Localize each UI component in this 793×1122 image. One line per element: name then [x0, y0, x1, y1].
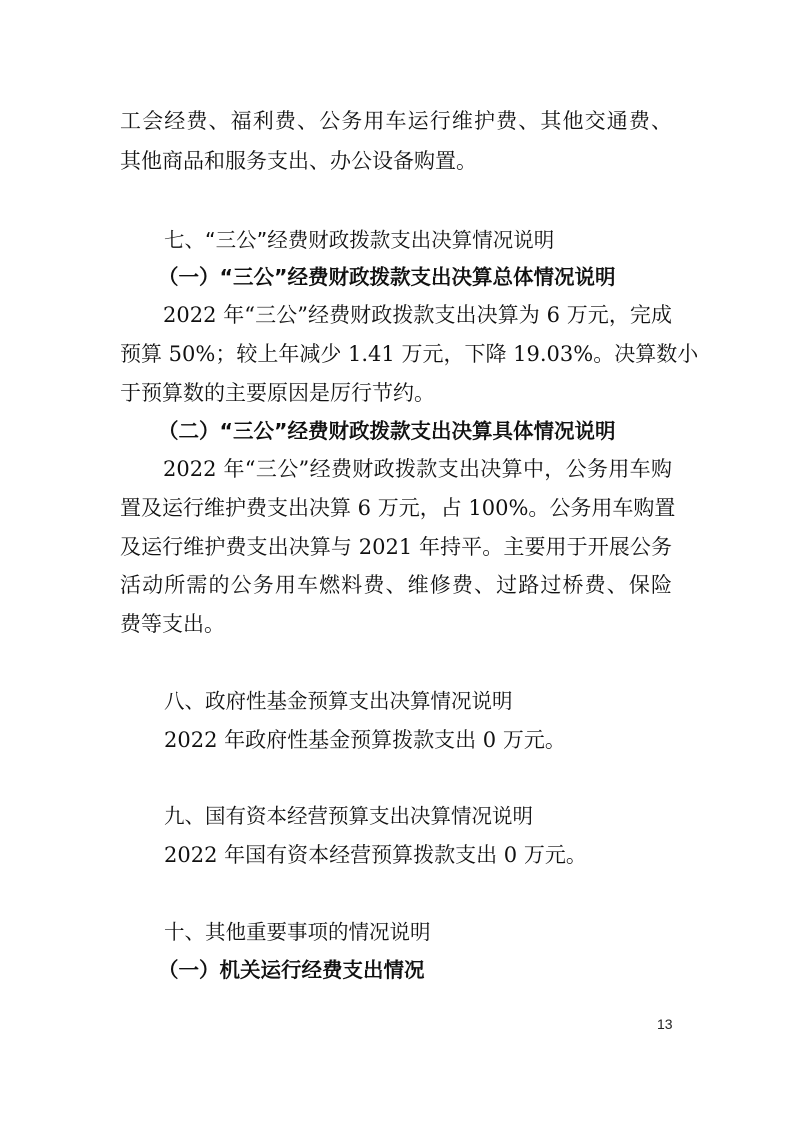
paragraph-line: 2022 年“三公”经费财政拨款支出决算为 6 万元，完成	[163, 301, 672, 329]
subsection-heading-7-2: （二）“三公”经费财政拨款支出决算具体情况说明	[158, 417, 615, 445]
subsection-heading-7-1: （一）“三公”经费财政拨款支出决算总体情况说明	[158, 263, 615, 291]
paragraph-line: 于预算数的主要原因是厉行节约。	[120, 379, 435, 407]
paragraph-line: 置及运行维护费支出决算 6 万元，占 100%。公务用车购置	[120, 494, 672, 522]
section-heading-8: 八、政府性基金预算支出决算情况说明	[164, 687, 513, 715]
page-number: 13	[657, 1016, 673, 1032]
section-heading-10: 十、其他重要事项的情况说明	[164, 918, 431, 946]
paragraph-line: 活动所需的公务用车燃料费、维修费、过路过桥费、保险	[120, 571, 672, 599]
paragraph-line: 工会经费、福利费、公务用车运行维护费、其他交通费、	[120, 107, 672, 135]
section-heading-9: 九、国有资本经营预算支出决算情况说明	[164, 802, 533, 830]
paragraph-line: 其他商品和服务支出、办公设备购置。	[120, 147, 477, 175]
subsection-heading-10-1: （一）机关运行经费支出情况	[158, 956, 425, 984]
paragraph-line: 费等支出。	[120, 610, 225, 638]
paragraph-line: 2022 年政府性基金预算拨款支出 0 万元。	[164, 726, 566, 754]
paragraph-line: 预算 50%；较上年减少 1.41 万元，下降 19.03%。决算数小	[120, 340, 672, 368]
paragraph-line: 2022 年“三公”经费财政拨款支出决算中，公务用车购	[163, 455, 672, 483]
section-heading-7: 七、“三公”经费财政拨款支出决算情况说明	[164, 226, 554, 254]
paragraph-line: 及运行维护费支出决算与 2021 年持平。主要用于开展公务	[120, 533, 672, 561]
paragraph-line: 2022 年国有资本经营预算拨款支出 0 万元。	[164, 841, 587, 869]
